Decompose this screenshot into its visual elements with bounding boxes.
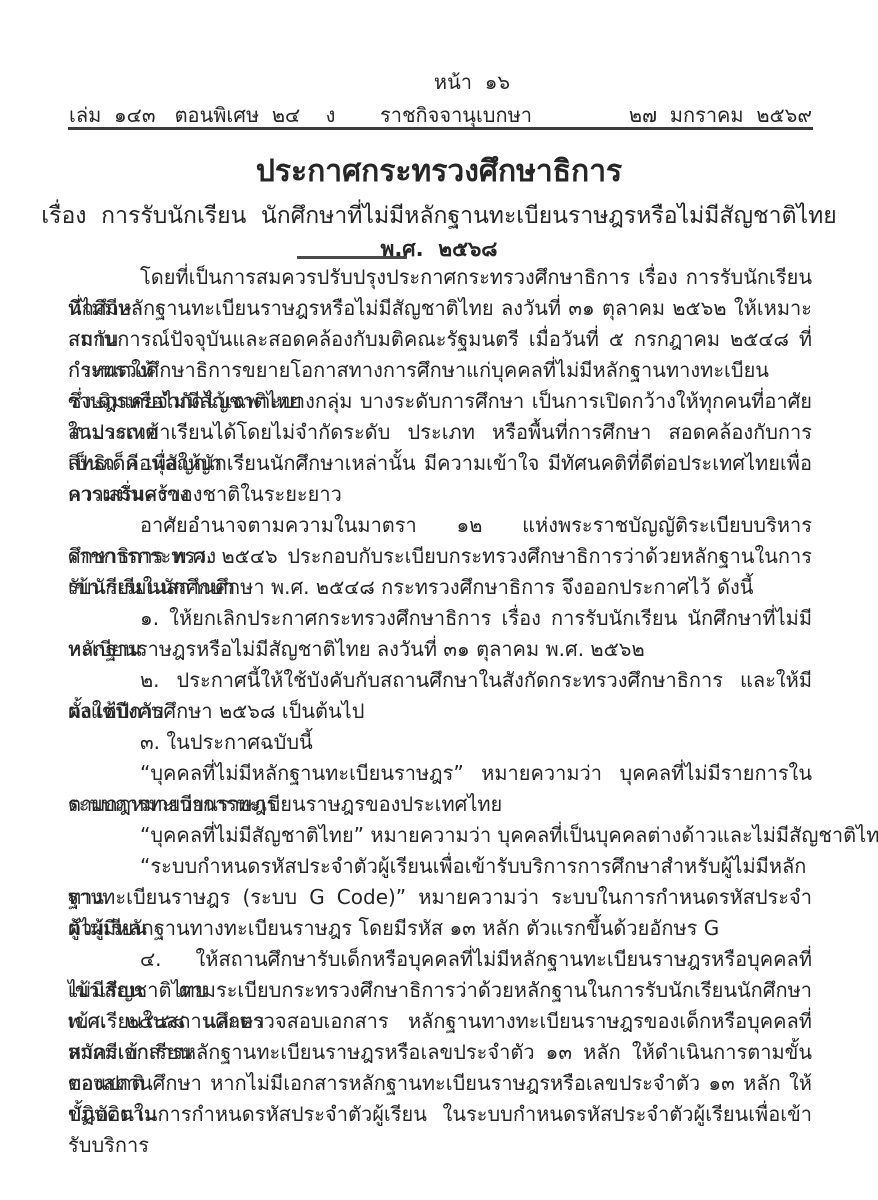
body-line: ศึกษาธิการ พ.ศ. ๒๕๔๖ ประกอบกับระเบียบกระ…	[68, 541, 812, 572]
body-line: ทะเบียนราษฎรหรือไม่มีสัญชาติไทย ลงวันที่…	[68, 634, 812, 665]
body-line: ๒. ประกาศนี้ให้ใช้บังคับกับสถานศึกษาในสั…	[68, 665, 812, 696]
body-line: เข้าเรียน ตามระเบียบกระทรวงศึกษาธิการว่า…	[68, 975, 812, 1006]
body-line: อาศัยอำนาจตามความในมาตรา ๑๒ แห่งพระราชบั…	[68, 510, 812, 541]
body-line: ทางทะเบียนราษฎร (ระบบ G Code)” หมายความว…	[68, 882, 812, 913]
gazette-page: หน้า ๑๖ เล่ม ๑๔๓ ตอนพิเศษ ๒๔ ง ราชกิจจาน…	[0, 0, 878, 1200]
page-number: หน้า ๑๖	[66, 66, 878, 98]
body-line: ๑. ให้ยกเลิกประกาศกระทรวงศึกษาธิการ เรื่…	[68, 603, 812, 634]
body-line: ซึ่งเดิมเคยจำกัดไว้เฉพาะบางกลุ่ม บางระดั…	[68, 386, 812, 417]
body-line: ของสถานศึกษา หากไม่มีเอกสารหลักฐานทะเบีย…	[68, 1068, 812, 1099]
body-line: “บุคคลที่ไม่มีสัญชาติไทย” หมายความว่า บุ…	[68, 820, 812, 851]
announcement-subject: เรื่อง การรับนักเรียน นักศึกษาที่ไม่มีหล…	[0, 198, 878, 234]
body-line: ตามกฎหมายว่าการทะเบียนราษฎรของประเทศไทย	[68, 789, 812, 820]
body-line: ๓. ในประกาศฉบับนี้	[68, 727, 812, 758]
body-line: สถานการณ์ปัจจุบันและสอดคล้องกับมติคณะรัฐ…	[68, 324, 812, 355]
body-line: สามารถเข้าเรียนได้โดยไม่จำกัดระดับ ประเภ…	[68, 417, 812, 448]
body-line: ๔. ให้สถานศึกษารับเด็กหรือบุคคลที่ไม่มีห…	[68, 944, 812, 975]
body-line: พ.ศ. ๒๕๔๘ และตรวจสอบเอกสาร หลักฐานทางทะเ…	[68, 1006, 812, 1037]
body-line: ความมั่นคงของชาติในระยะยาว	[68, 479, 812, 510]
body-line: ตั้งแต่ปีการศึกษา ๒๕๖๘ เป็นต้นไป	[68, 696, 812, 727]
body-line: โดยที่เป็นการสมควรปรับปรุงประกาศกระทรวงศ…	[68, 262, 812, 293]
body-line: ที่ไม่มีหลักฐานทะเบียนราษฎรหรือไม่มีสัญช…	[68, 293, 812, 324]
title-underline	[297, 256, 407, 259]
body-line: ขั้นตอนในการกำหนดรหัสประจำตัวผู้เรียน ใน…	[68, 1099, 812, 1130]
body-line: หากมีเอกสารหลักฐานทะเบียนราษฎรหรือเลขประ…	[68, 1037, 812, 1068]
document-body: โดยที่เป็นการสมควรปรับปรุงประกาศกระทรวงศ…	[68, 262, 812, 1130]
body-line: ผู้ไม่มีหลักฐานทางทะเบียนราษฎร โดยมีรหัส…	[68, 913, 812, 944]
header-rule	[68, 127, 813, 130]
body-line: เข้าเรียนในสถานศึกษา พ.ศ. ๒๕๔๘ กระทรวงศึ…	[68, 572, 812, 603]
body-line: “บุคคลที่ไม่มีหลักฐานทะเบียนราษฎร” หมายค…	[68, 758, 812, 789]
body-line: “ระบบกำหนดรหัสประจำตัวผู้เรียนเพื่อเข้าร…	[68, 851, 812, 882]
announcement-title: ประกาศกระทรวงศึกษาธิการ	[0, 148, 878, 195]
body-line: สิทธิเด็ก เพื่อให้นักเรียนนักศึกษาเหล่าน…	[68, 448, 812, 479]
body-line: กระทรวงศึกษาธิการขยายโอกาสทางการศึกษาแก่…	[68, 355, 812, 386]
